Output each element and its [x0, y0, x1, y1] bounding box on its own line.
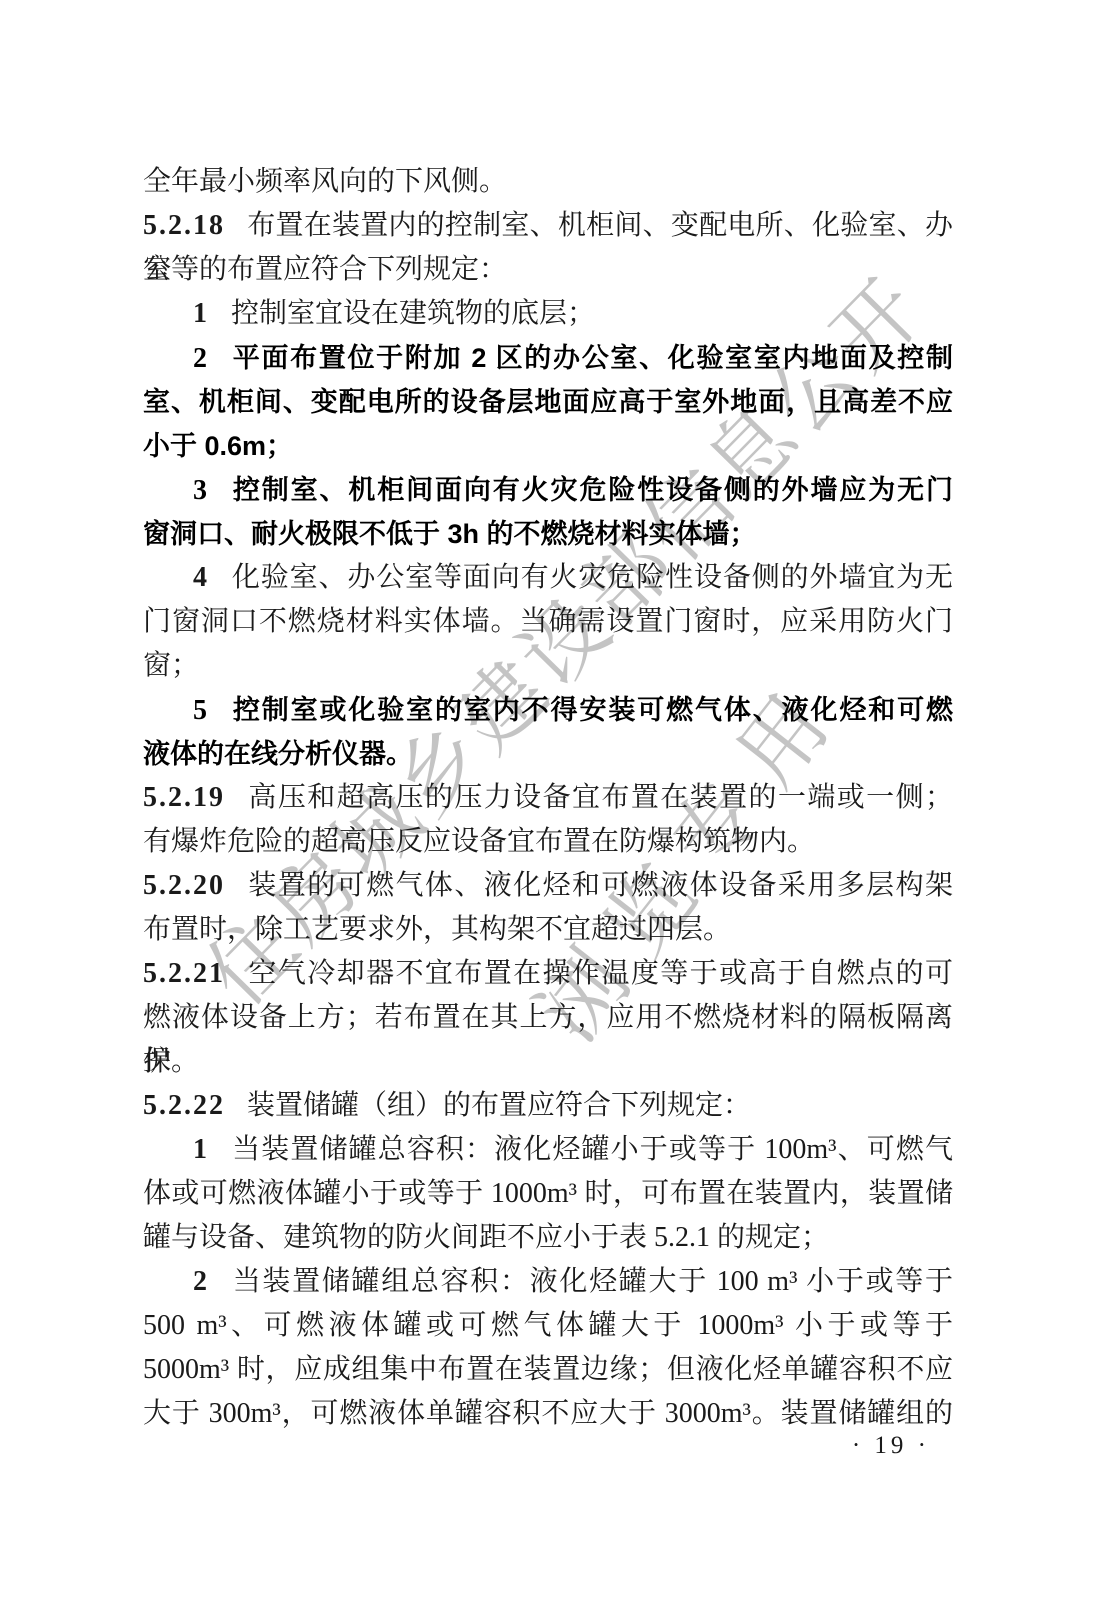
item-number: 3: [193, 469, 207, 513]
line-text: 有爆炸危险的超高压反应设备宜布置在防爆构筑物内。: [143, 826, 815, 857]
clause-number: 5.2.19: [143, 776, 225, 820]
text-line: 护。: [143, 1040, 953, 1084]
document-body: 全年最小频率风向的下风侧。5.2.18布置在装置内的控制室、机柜间、变配电所、化…: [143, 160, 953, 1436]
text-line: 燃液体设备上方；若布置在其上方，应用不燃烧材料的隔板隔离保: [143, 996, 953, 1040]
line-text: 护。: [143, 1046, 199, 1077]
line-text: 室、机柜间、变配电所的设备层地面应高于室外地面，且高差不应: [143, 387, 953, 417]
text-line: 5.2.18布置在装置内的控制室、机柜间、变配电所、化验室、办公: [143, 204, 953, 248]
text-line: 500 m³、可燃液体罐或可燃气体罐大于 1000m³ 小于或等于: [143, 1304, 953, 1348]
line-text: 装置储罐（组）的布置应符合下列规定：: [247, 1090, 751, 1121]
text-line: 有爆炸危险的超高压反应设备宜布置在防爆构筑物内。: [143, 820, 953, 864]
text-line: 全年最小频率风向的下风侧。: [143, 160, 953, 204]
text-line: 4化验室、办公室等面向有火灾危险性设备侧的外墙宜为无: [143, 556, 953, 600]
line-text: 室等的布置应符合下列规定：: [143, 254, 507, 285]
text-line: 2平面布置位于附加 2 区的办公室、化验室室内地面及控制: [143, 336, 953, 380]
line-text: 500 m³、可燃液体罐或可燃气体罐大于 1000m³ 小于或等于: [143, 1310, 953, 1341]
clause-number: 5.2.22: [143, 1084, 225, 1128]
text-line: 罐与设备、建筑物的防火间距不应小于表 5.2.1 的规定；: [143, 1216, 953, 1260]
text-line: 室等的布置应符合下列规定：: [143, 248, 953, 292]
text-line: 1当装置储罐总容积：液化烃罐小于或等于 100m³、可燃气: [143, 1128, 953, 1172]
line-text: 窗洞口、耐火极限不低于 3h 的不燃烧材料实体墙；: [143, 519, 757, 549]
line-text: 液体的在线分析仪器。: [143, 739, 413, 769]
text-line: 窗；: [143, 644, 953, 688]
line-text: 全年最小频率风向的下风侧。: [143, 166, 507, 197]
text-line: 5.2.22装置储罐（组）的布置应符合下列规定：: [143, 1084, 953, 1128]
item-number: 1: [193, 1128, 207, 1172]
text-line: 5控制室或化验室的室内不得安装可燃气体、液化烃和可燃: [143, 688, 953, 732]
text-line: 窗洞口、耐火极限不低于 3h 的不燃烧材料实体墙；: [143, 512, 953, 556]
text-line: 体或可燃液体罐小于或等于 1000m³ 时，可布置在装置内，装置储: [143, 1172, 953, 1216]
line-text: 空气冷却器不宜布置在操作温度等于或高于自燃点的可: [247, 958, 953, 989]
line-text: 平面布置位于附加 2 区的办公室、化验室室内地面及控制: [231, 343, 953, 373]
line-text: 化验室、办公室等面向有火灾危险性设备侧的外墙宜为无: [231, 562, 953, 593]
text-line: 门窗洞口不燃烧材料实体墙。当确需设置门窗时，应采用防火门: [143, 600, 953, 644]
text-line: 5.2.19高压和超高压的压力设备宜布置在装置的一端或一侧；: [143, 776, 953, 820]
line-text: 当装置储罐总容积：液化烃罐小于或等于 100m³、可燃气: [231, 1134, 953, 1165]
text-line: 5000m³ 时，应成组集中布置在装置边缘；但液化烃单罐容积不应: [143, 1348, 953, 1392]
text-line: 3控制室、机柜间面向有火灾危险性设备侧的外墙应为无门: [143, 468, 953, 512]
text-line: 小于 0.6m；: [143, 424, 953, 468]
line-text: 罐与设备、建筑物的防火间距不应小于表 5.2.1 的规定；: [143, 1222, 829, 1253]
item-number: 4: [193, 556, 207, 600]
line-text: 小于 0.6m；: [143, 431, 293, 461]
line-text: 门窗洞口不燃烧材料实体墙。当确需设置门窗时，应采用防火门: [143, 606, 953, 637]
item-number: 1: [193, 292, 207, 336]
document-page: 住房城乡建设部信息公开 浏览专用 全年最小频率风向的下风侧。5.2.18布置在装…: [0, 0, 1102, 1598]
text-line: 5.2.21空气冷却器不宜布置在操作温度等于或高于自燃点的可: [143, 952, 953, 996]
text-line: 1控制室宜设在建筑物的底层；: [143, 292, 953, 336]
text-line: 液体的在线分析仪器。: [143, 732, 953, 776]
clause-number: 5.2.18: [143, 204, 225, 248]
line-text: 布置时，除工艺要求外，其构架不宜超过四层。: [143, 914, 731, 945]
item-number: 2: [193, 1260, 207, 1304]
page-number-text: · 19 ·: [852, 1432, 930, 1459]
text-line: 5.2.20装置的可燃气体、液化烃和可燃液体设备采用多层构架: [143, 864, 953, 908]
item-number: 2: [193, 337, 207, 381]
line-text: 大于 300m³，可燃液体单罐容积不应大于 3000m³。装置储罐组的: [143, 1398, 953, 1429]
line-text: 控制室或化验室的室内不得安装可燃气体、液化烃和可燃: [231, 695, 953, 725]
line-text: 5000m³ 时，应成组集中布置在装置边缘；但液化烃单罐容积不应: [143, 1354, 953, 1385]
line-text: 体或可燃液体罐小于或等于 1000m³ 时，可布置在装置内，装置储: [143, 1178, 953, 1209]
item-number: 5: [193, 689, 207, 733]
text-line: 大于 300m³，可燃液体单罐容积不应大于 3000m³。装置储罐组的: [143, 1392, 953, 1436]
line-text: 装置的可燃气体、液化烃和可燃液体设备采用多层构架: [247, 870, 953, 901]
line-text: 窗；: [143, 650, 199, 681]
line-text: 控制室、机柜间面向有火灾危险性设备侧的外墙应为无门: [231, 475, 953, 505]
line-text: 高压和超高压的压力设备宜布置在装置的一端或一侧；: [247, 782, 953, 813]
text-line: 2当装置储罐组总容积：液化烃罐大于 100 m³ 小于或等于: [143, 1260, 953, 1304]
clause-number: 5.2.21: [143, 952, 225, 996]
clause-number: 5.2.20: [143, 864, 225, 908]
text-line: 布置时，除工艺要求外，其构架不宜超过四层。: [143, 908, 953, 952]
line-text: 控制室宜设在建筑物的底层；: [231, 298, 595, 329]
page-number: · 19 ·: [852, 1432, 930, 1460]
line-text: 当装置储罐组总容积：液化烃罐大于 100 m³ 小于或等于: [231, 1266, 953, 1297]
text-line: 室、机柜间、变配电所的设备层地面应高于室外地面，且高差不应: [143, 380, 953, 424]
